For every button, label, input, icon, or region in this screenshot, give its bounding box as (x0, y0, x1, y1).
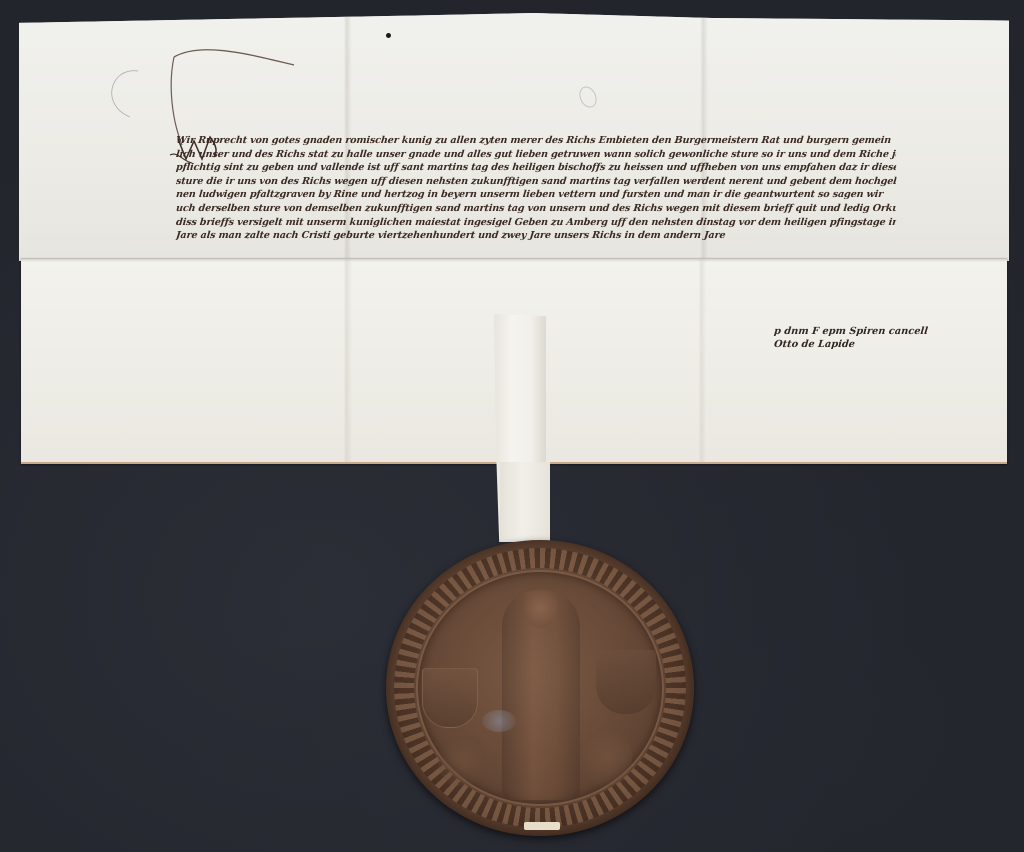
seal-chip (524, 822, 560, 830)
coat-of-arms-right-icon (596, 650, 656, 714)
text-line: Wir Ruprecht von gotes gnaden romischer … (175, 134, 896, 148)
text-line: nen ludwigen pfaltzgraven by Rine und he… (175, 188, 896, 202)
wax-seal (386, 540, 694, 836)
pinhole (386, 33, 391, 38)
lion-left-icon (438, 736, 486, 786)
text-line: Jare als man zalte nach Cristi geburte v… (175, 229, 896, 243)
text-line: pflichtig sint zu geben und vallende ist… (175, 161, 896, 175)
king-head-icon (524, 588, 558, 628)
lion-right-icon (582, 728, 632, 786)
chancery-note: p dnm F epm Spiren cancell Otto de Lapid… (774, 325, 934, 351)
text-line: lich unser und des Richs stat zu halle u… (175, 148, 896, 162)
chancery-note-line: Otto de Lapide (773, 338, 934, 351)
seal-parchment-strap-lower (500, 462, 550, 542)
text-line: uch derselben sture von demselben zukunf… (175, 202, 896, 216)
charter-text: Wir Ruprecht von gotes gnaden romischer … (176, 134, 896, 243)
plica-fold-line (21, 258, 1007, 262)
coat-of-arms-left-icon (422, 668, 478, 728)
seal-damage-spot (482, 710, 516, 732)
text-line: diss brieffs versigelt mit unserm kunigl… (175, 216, 896, 230)
text-line: sture die ir uns von des Richs wegen uff… (175, 175, 896, 189)
chancery-note-line: p dnm F epm Spiren cancell (773, 325, 934, 338)
